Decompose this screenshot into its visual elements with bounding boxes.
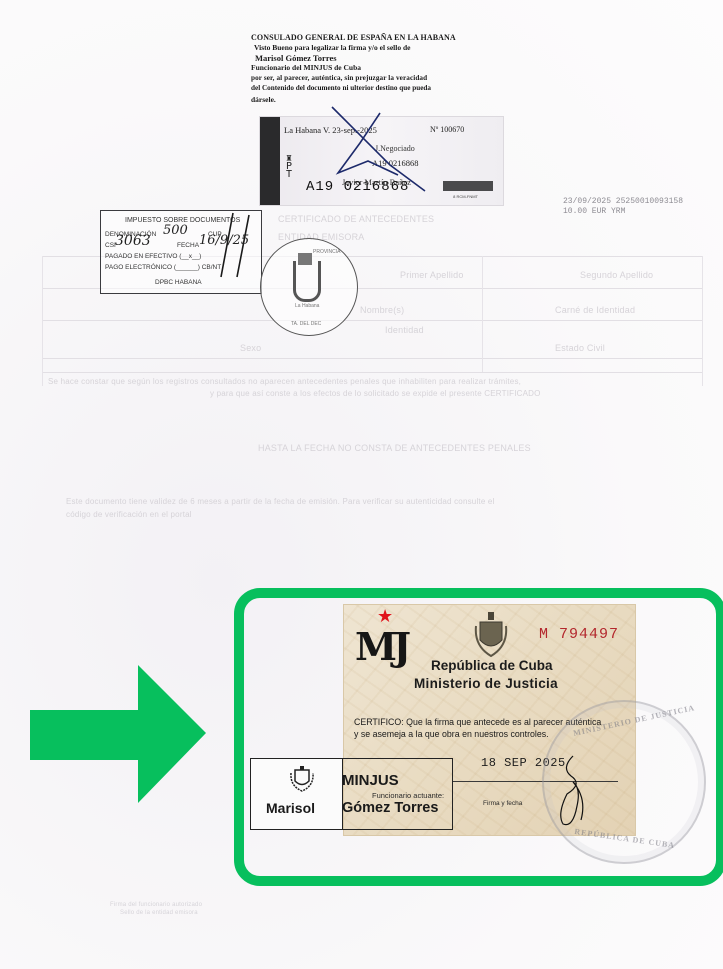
ghost-rule <box>42 320 702 321</box>
imprint-line: 23/09/2025 25250010093158 <box>563 197 683 207</box>
ghost-rule <box>42 358 702 359</box>
ghost-rule <box>42 372 702 373</box>
round-seal: PROVINCIA La Habana TA. DEL DEC <box>260 238 358 336</box>
signature-cross-icon <box>320 103 440 203</box>
ghost-title: CERTIFICADO DE ANTECEDENTES <box>278 214 434 224</box>
ghost-note: Firma del funcionario autorizado <box>110 902 202 908</box>
tax-stamp: IMPUESTO SOBRE DOCUMENTOS DENOMINACIÓN 5… <box>100 210 262 294</box>
consulate-title: CONSULADO GENERAL DE ESPAÑA EN LA HABANA <box>251 33 486 43</box>
ghost-field: Primer Apellido <box>400 270 464 280</box>
ghost-rule <box>702 256 703 386</box>
handwritten-slashes-icon <box>219 211 263 281</box>
legalization-sticker: La Habana V. 23-sep.-2025 Nº 100670 J.Ne… <box>259 116 504 206</box>
fnmt-emblem-icon: ♜PT <box>282 155 296 187</box>
ghost-heading: HASTA LA FECHA NO CONSTA DE ANTECEDENTES… <box>258 443 531 453</box>
ghost-notice: y para que así conste a los efectos de l… <box>210 389 541 398</box>
ghost-rule <box>482 256 483 372</box>
ghost-notice: Se hace constar que según los registros … <box>48 377 521 386</box>
ghost-note: Sello de la entidad emisora <box>120 910 198 916</box>
payment-imprint: 23/09/2025 25250010093158 10.00 EUR YRM <box>563 197 683 217</box>
imprint-line: 10.00 EUR YRM <box>563 207 683 217</box>
scanned-document-page: CERTIFICADO DE ANTECEDENTES ENTIDAD EMIS… <box>0 0 723 969</box>
seal-inner-text: La Habana <box>295 303 319 309</box>
consulate-legalization-text: CONSULADO GENERAL DE ESPAÑA EN LA HABANA… <box>251 33 486 105</box>
consulate-line: por ser, al parecer, auténtica, sin prej… <box>251 73 486 83</box>
tax-office: DPBC HABANA <box>155 279 202 286</box>
green-highlight-frame <box>234 588 723 886</box>
ghost-footer: código de verificación en el portal <box>66 510 192 519</box>
ghost-rule <box>42 256 43 386</box>
csi-value: 3063 <box>115 233 151 249</box>
green-arrow-icon <box>30 665 206 805</box>
ghost-field: Sexo <box>240 343 261 353</box>
ghost-field: Segundo Apellido <box>580 270 653 280</box>
consulate-line: del Contenido del documento ni ulterior … <box>251 83 486 93</box>
barcode-label: 8 RCM-FNMT <box>453 194 478 199</box>
ghost-field: Carné de Identidad <box>555 305 635 315</box>
seal-emblem-shape <box>293 261 321 302</box>
ghost-field: Estado Civil <box>555 343 605 353</box>
ghost-field: Identidad <box>385 325 424 335</box>
consulate-line: Funcionario del MINJUS de Cuba <box>251 63 486 73</box>
ghost-field: Nombre(s) <box>360 305 404 315</box>
barcode-icon <box>443 181 493 191</box>
consulate-line: Visto Bueno para legalizar la firma y/o … <box>251 43 486 53</box>
ghost-footer: Este documento tiene validez de 6 meses … <box>66 497 495 506</box>
sticker-dark-band <box>260 117 280 205</box>
consulate-official-name: Marisol Gómez Torres <box>251 53 486 63</box>
denomination-value: 500 <box>163 223 188 238</box>
electronic-label: PAGO ELECTRÓNICO (______) CB/NT <box>105 264 221 271</box>
seal-ring-top: PROVINCIA <box>313 249 341 255</box>
cash-label: PAGADO EN EFECTIVO (__x__) <box>105 253 201 260</box>
seal-ring-bottom: TA. DEL DEC <box>291 321 321 327</box>
date-label: FECHA <box>177 242 199 249</box>
